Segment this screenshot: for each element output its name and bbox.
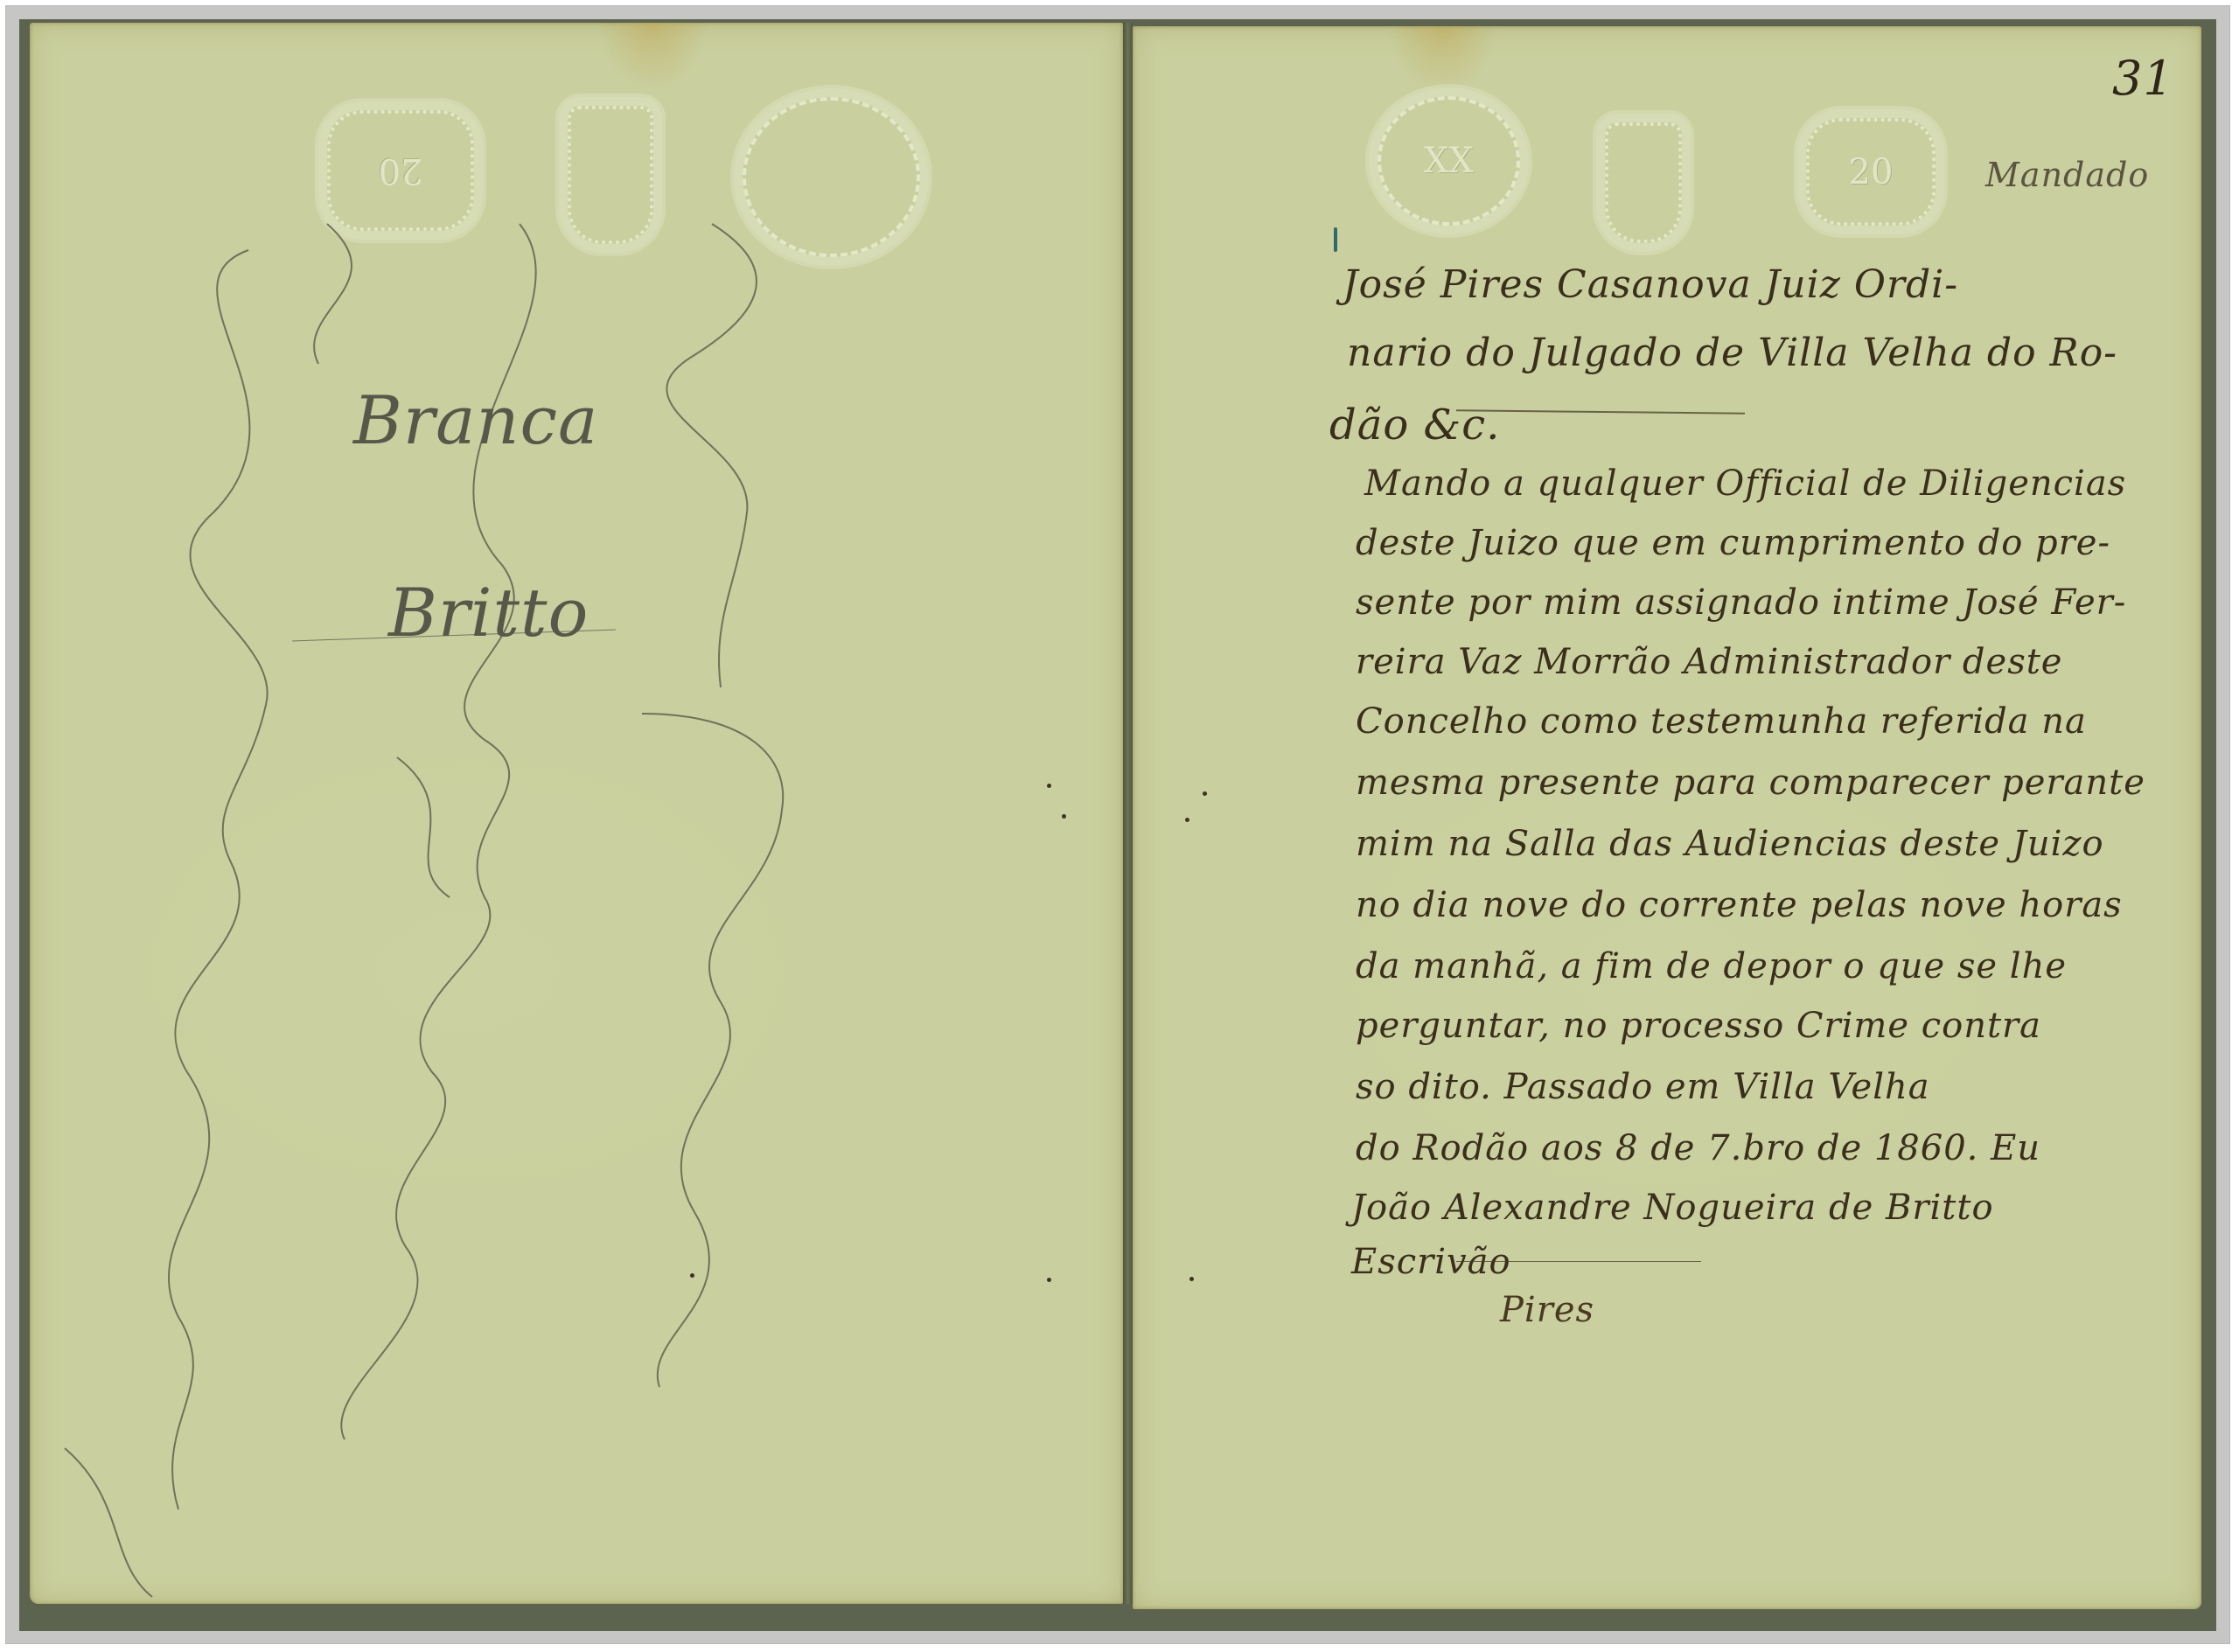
embossed-coat-of-arms xyxy=(1605,122,1682,243)
left-page: 20 Branca Britto xyxy=(30,23,1123,1604)
blue-ink-mark xyxy=(1334,227,1337,252)
body-line-10: perguntar, no processo Crime contra xyxy=(1356,1006,2041,1046)
body-line-8: no dia nove do corrente pelas nove horas xyxy=(1356,885,2123,925)
body-line-1: Mando a qualquer Official de Diligencias xyxy=(1364,464,2126,504)
body-line-9: da manhã, a fim de depor o que se lhe xyxy=(1356,946,2067,986)
signature-pires: Pires xyxy=(1500,1290,1594,1330)
signature-flourish-line xyxy=(1456,1261,1701,1262)
margin-annotation-mandado: Mandado xyxy=(1985,156,2149,194)
body-line-2: deste Juizo que em cumprimento do pre- xyxy=(1356,523,2110,563)
pin-hole xyxy=(1047,784,1051,788)
pin-hole xyxy=(1203,791,1207,796)
right-page: XX 20 31 Mandado José Pires Casanova Jui… xyxy=(1133,26,2201,1609)
body-line-6: mesma presente para comparecer perante xyxy=(1356,763,2145,803)
ink-spot xyxy=(690,1273,694,1278)
book-spine-gap xyxy=(1123,23,1133,1604)
pin-hole xyxy=(1047,1278,1051,1282)
pencil-word-britto: Britto xyxy=(388,574,589,652)
body-line-11: so dito. Passado em Villa Velha xyxy=(1356,1067,1930,1107)
body-line-12: do Rodão aos 8 de 7.bro de 1860. Eu xyxy=(1356,1128,2040,1168)
pin-hole xyxy=(1062,814,1066,819)
body-line-13: João Alexandre Nogueira de Britto xyxy=(1351,1188,1994,1228)
heading-line-3: dão &c. xyxy=(1329,401,1500,450)
body-line-3: sente por mim assignado intime José Fer- xyxy=(1356,582,2126,623)
embossed-stamp-20: 20 xyxy=(1806,118,1936,226)
body-line-7: mim na Salla das Audiencias deste Juizo xyxy=(1356,824,2104,864)
pencil-word-branca: Branca xyxy=(353,381,598,459)
body-line-5: Concelho como testemunha referida na xyxy=(1356,701,2087,742)
decorative-wavy-lines xyxy=(30,23,1123,1604)
embossed-round-seal-xx: XX xyxy=(1378,96,1520,226)
pin-hole xyxy=(1185,818,1189,822)
heading-line-2: nario do Julgado de Villa Velha do Ro- xyxy=(1347,331,2117,375)
body-line-14: Escrivão xyxy=(1351,1242,1511,1282)
body-line-4: reira Vaz Morrão Administrador deste xyxy=(1356,642,2062,682)
page-number: 31 xyxy=(2112,51,2174,106)
pin-hole xyxy=(1189,1277,1194,1281)
heading-line-1: José Pires Casanova Juiz Ordi- xyxy=(1343,262,1958,307)
